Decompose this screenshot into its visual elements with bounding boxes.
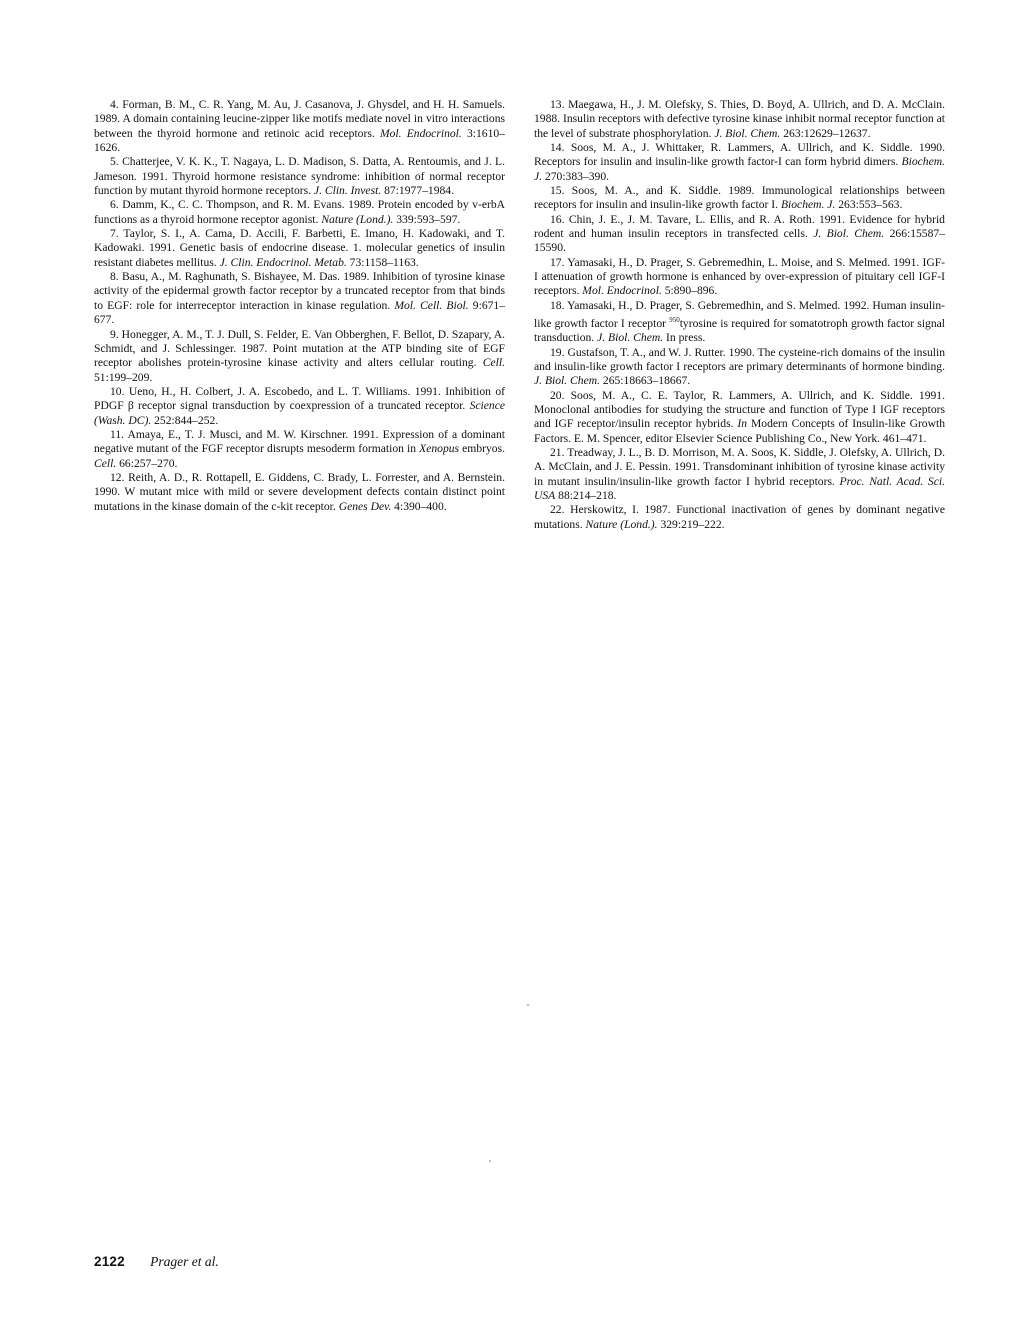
reference-9: 9. Honegger, A. M., T. J. Dull, S. Felde…: [94, 328, 505, 385]
reference-12: 12. Reith, A. D., R. Rottapell, E. Gidde…: [94, 471, 505, 514]
reference-21: 21. Treadway, J. L., B. D. Morrison, M. …: [534, 446, 945, 503]
scan-speck: [527, 1004, 529, 1006]
reference-18: 18. Yamasaki, H., D. Prager, S. Gebremed…: [534, 299, 945, 346]
reference-10: 10. Ueno, H., H. Colbert, J. A. Escobedo…: [94, 385, 505, 428]
scan-speck: [489, 1160, 491, 1162]
reference-17: 17. Yamasaki, H., D. Prager, S. Gebremed…: [534, 256, 945, 299]
reference-15: 15. Soos, M. A., and K. Siddle. 1989. Im…: [534, 184, 945, 213]
reference-6: 6. Damm, K., C. C. Thompson, and R. M. E…: [94, 198, 505, 227]
reference-16: 16. Chin, J. E., J. M. Tavare, L. Ellis,…: [534, 213, 945, 256]
reference-20: 20. Soos, M. A., C. E. Taylor, R. Lammer…: [534, 389, 945, 446]
reference-5: 5. Chatterjee, V. K. K., T. Nagaya, L. D…: [94, 155, 505, 198]
running-head: Prager et al.: [150, 1254, 219, 1269]
reference-22: 22. Herskowitz, I. 1987. Functional inac…: [534, 503, 945, 532]
reference-13: 13. Maegawa, H., J. M. Olefsky, S. Thies…: [534, 98, 945, 141]
reference-4: 4. Forman, B. M., C. R. Yang, M. Au, J. …: [94, 98, 505, 155]
references-left-column: 4. Forman, B. M., C. R. Yang, M. Au, J. …: [94, 98, 505, 514]
reference-19: 19. Gustafson, T. A., and W. J. Rutter. …: [534, 346, 945, 389]
page-number: 2122: [94, 1254, 125, 1269]
reference-14: 14. Soos, M. A., J. Whittaker, R. Lammer…: [534, 141, 945, 184]
reference-8: 8. Basu, A., M. Raghunath, S. Bishayee, …: [94, 270, 505, 327]
reference-11: 11. Amaya, E., T. J. Musci, and M. W. Ki…: [94, 428, 505, 471]
reference-7: 7. Taylor, S. I., A. Cama, D. Accili, F.…: [94, 227, 505, 270]
page-footer: 2122 Prager et al.: [94, 1254, 219, 1270]
references-right-column: 13. Maegawa, H., J. M. Olefsky, S. Thies…: [534, 98, 945, 532]
